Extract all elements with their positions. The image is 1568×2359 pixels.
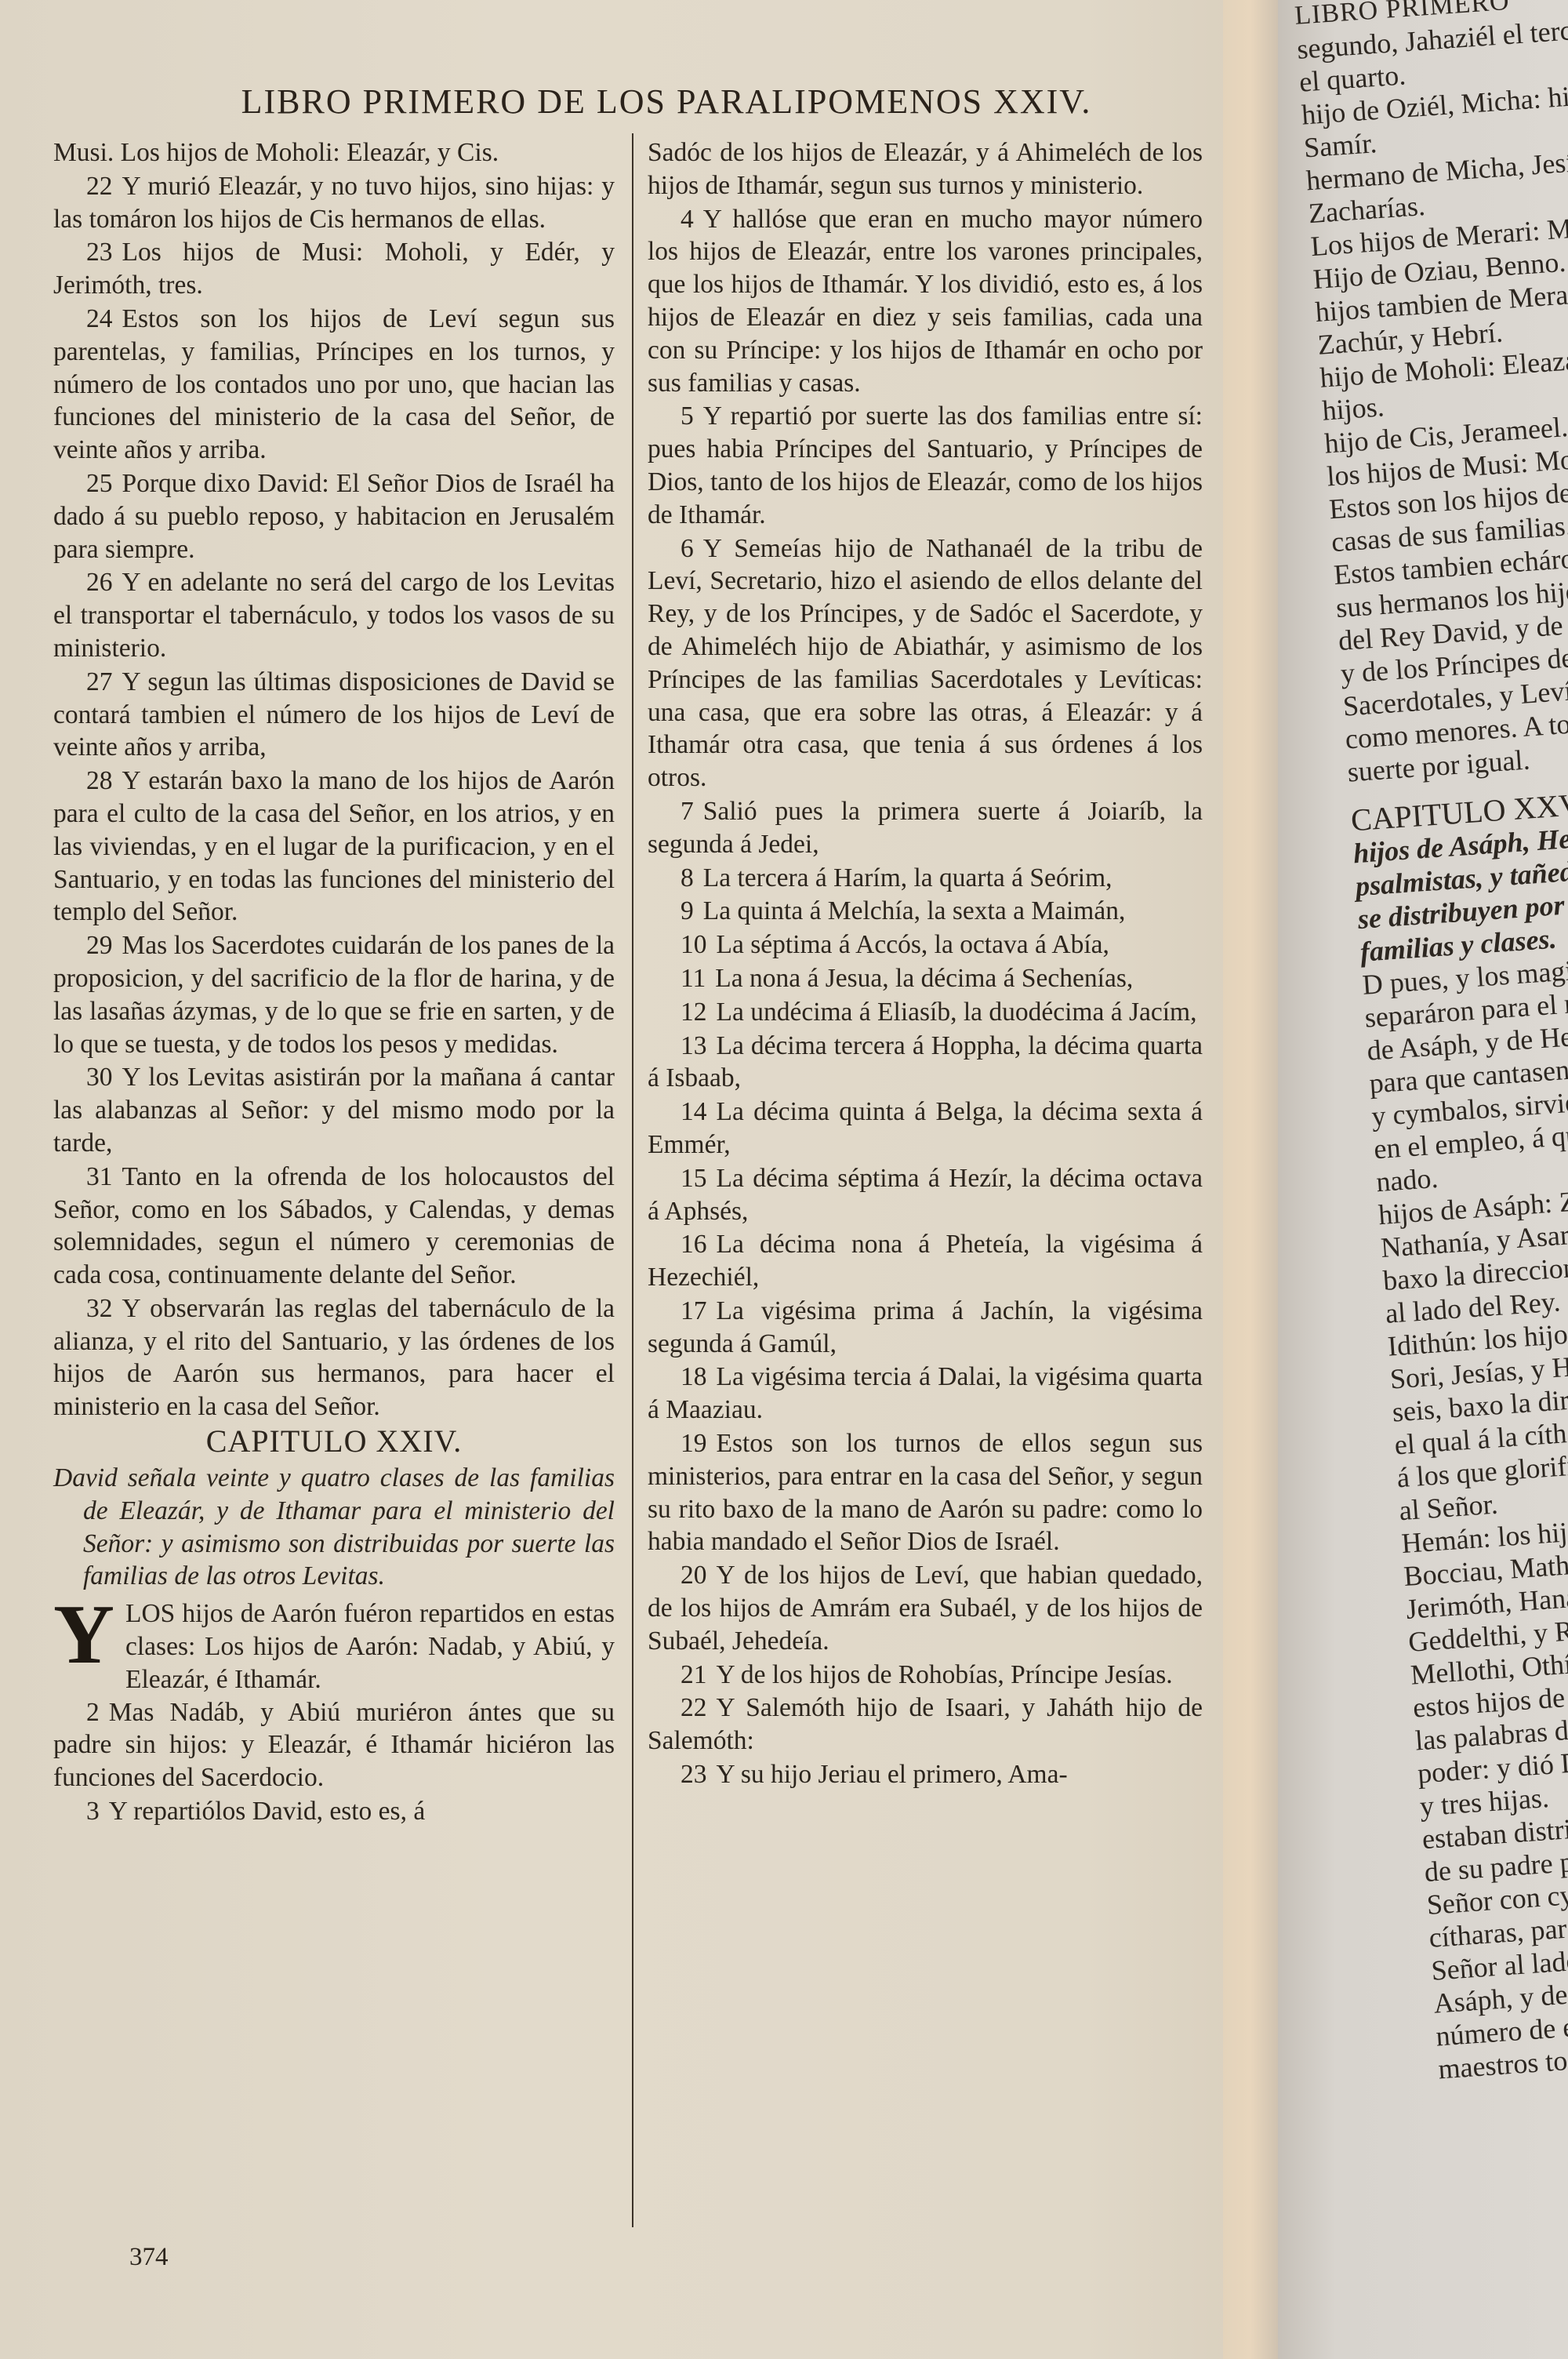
verse-number: 32 [86,1294,113,1323]
column-divider [632,133,633,2227]
verse-text: La décima tercera á Hoppha, la décima qu… [648,1031,1203,1093]
verse: 3Y repartiólos David, esto es, á [53,1795,615,1828]
verse-number: 5 [681,402,694,431]
verse: 27Y segun las últimas disposiciones de D… [53,666,615,764]
verse: 22Y Salemóth hijo de Isaari, y Jaháth hi… [648,1692,1203,1757]
verse-number: 15 [681,1164,707,1193]
verse: 20Y de los hijos de Leví, que habian que… [648,1559,1203,1657]
verse-text: Mas los Sacerdotes cuidarán de los panes… [53,931,615,1058]
verse-number: 8 [681,863,694,892]
verse-number: 20 [681,1561,707,1590]
verse-text: Y hallóse que eran en mucho mayor número… [648,205,1203,398]
verse-text: Y segun las últimas disposiciones de Dav… [53,667,615,762]
verse-number: 14 [681,1097,707,1126]
first-verse: Y LOS hijos de Aarón fuéron repartidos e… [53,1598,615,1696]
verse-text: La quinta á Melchía, la sexta a Maimán, [703,896,1126,925]
verse: 28Y estarán baxo la mano de los hijos de… [53,765,615,929]
verse-number: 19 [681,1429,707,1458]
verse-text: Y Salemóth hijo de Isaari, y Jaháth hijo… [648,1693,1203,1755]
verse-text: Y los Levitas asistirán por la mañana á … [53,1063,615,1158]
verse-number: 12 [681,998,707,1027]
verse-text: Y repartió por suerte las dos familias e… [648,402,1203,529]
verse-number: 26 [86,568,113,597]
verse-continuation: Musi. Los hijos de Moholi: Eleazár, y Ci… [53,136,615,169]
verse-text: La décima nona á Pheteía, la vigésima á … [648,1230,1203,1292]
verse-number: 22 [681,1693,707,1722]
verse-number: 11 [681,964,706,993]
verse: 10La séptima á Accós, la octava á Abía, [648,929,1203,961]
verse-text: Y repartiólos David, esto es, á [109,1797,425,1826]
verse: 25Porque dixo David: El Señor Dios de Is… [53,467,615,565]
verse-number: 7 [681,797,694,826]
verse: 9La quinta á Melchía, la sexta a Maimán, [648,895,1203,928]
verse-number: 24 [86,304,113,333]
verse-text: Porque dixo David: El Señor Dios de Isra… [53,469,615,564]
verse-text: Y Semeías hijo de Nathanaél de la tribu … [648,534,1203,793]
chapter-heading: CAPITULO XXIV. [53,1424,615,1459]
verse-text: La séptima á Accós, la octava á Abía, [717,930,1109,959]
verse: 21Y de los hijos de Rohobías, Príncipe J… [648,1659,1203,1692]
right-column: Sadóc de los hijos de Eleazár, y á Ahime… [648,136,1203,1792]
verse: 15La décima séptima á Hezír, la décima o… [648,1162,1203,1228]
verse: 5Y repartió por suerte las dos familias … [648,400,1203,531]
verse: 26Y en adelante no será del cargo de los… [53,566,615,664]
verse-number: 31 [86,1162,113,1191]
verse-text: Y observarán las reglas del tabernáculo … [53,1294,615,1421]
facing-page: LIBRO PRIMEROsegundo, Jahaziél el tercer… [1278,0,1568,2359]
verse-text: Salió pues la primera suerte á Joiaríb, … [648,797,1203,859]
verse: 19Estos son los turnos de ellos segun su… [648,1427,1203,1558]
verse: 30Y los Levitas asistirán por la mañana … [53,1061,615,1159]
verse-number: 28 [86,766,113,795]
verse-text: La nona á Jesua, la décima á Sechenías, [715,964,1133,993]
verse: 32Y observarán las reglas del tabernácul… [53,1292,615,1423]
verse-text: Y su hijo Jeriau el primero, Ama- [717,1760,1068,1789]
page-gutter [1223,0,1278,2359]
verse-number: 23 [681,1760,707,1789]
verse-text: La undécima á Eliasíb, la duodécima á Ja… [717,998,1197,1027]
verse: 14La décima quinta á Belga, la décima se… [648,1096,1203,1161]
verse-number: 18 [681,1362,707,1391]
verse: 7Salió pues la primera suerte á Joiaríb,… [648,795,1203,861]
verse-number: 22 [86,172,113,201]
verse-number: 27 [86,667,113,696]
verse-number: 13 [681,1031,707,1060]
verse: 8La tercera á Harím, la quarta á Seórim, [648,862,1203,895]
verse-number: 16 [681,1230,707,1259]
verse: 16La décima nona á Pheteía, la vigésima … [648,1228,1203,1294]
verse-number: 17 [681,1296,707,1325]
verse-text: Y estarán baxo la mano de los hijos de A… [53,766,615,926]
verse-number: 30 [86,1063,113,1092]
verse: 31Tanto en la ofrenda de los holocaustos… [53,1161,615,1292]
chapter-summary: David señala veinte y quatro clases de l… [53,1462,615,1593]
verse: 2Mas Nadáb, y Abiú muriéron ántes que su… [53,1696,615,1794]
verse-text: La décima quinta á Belga, la décima sext… [648,1097,1203,1159]
verse: 23Y su hijo Jeriau el primero, Ama- [648,1758,1203,1791]
verse-text: Y en adelante no será del cargo de los L… [53,568,615,663]
verse-number: 9 [681,896,694,925]
verse-number: 4 [681,205,694,234]
verse: 29Mas los Sacerdotes cuidarán de los pan… [53,929,615,1060]
verse: 13La décima tercera á Hoppha, la décima … [648,1030,1203,1096]
verse-text: Los hijos de Musi: Moholi, y Edér, y Jer… [53,238,615,300]
verse: 12La undécima á Eliasíb, la duodécima á … [648,996,1203,1029]
verse: 4Y hallóse que eran en mucho mayor númer… [648,203,1203,400]
verse-text: Mas Nadáb, y Abiú muriéron ántes que su … [53,1698,615,1793]
verse-number: 23 [86,238,113,267]
verse-number: 25 [86,469,113,498]
verse-text: Y de los hijos de Leví, que habian queda… [648,1561,1203,1656]
verse-text: La décima séptima á Hezír, la décima oct… [648,1164,1203,1226]
dropcap-letter: Y [53,1602,114,1668]
verse-text: Estos son los hijos de Leví segun sus pa… [53,304,615,464]
running-head: LIBRO PRIMERO DE LOS PARALIPOMENOS XXIV. [196,82,1137,122]
left-column: Musi. Los hijos de Moholi: Eleazár, y Ci… [53,136,615,1829]
verse: 24Estos son los hijos de Leví segun sus … [53,303,615,467]
verse-text: Musi. Los hijos de Moholi: Eleazár, y Ci… [53,138,499,167]
verse-text: Sadóc de los hijos de Eleazár, y á Ahime… [648,138,1203,200]
verse-number: 3 [86,1797,100,1826]
verse-number: 2 [86,1698,100,1727]
verse: 11La nona á Jesua, la décima á Sechenías… [648,962,1203,995]
verse-continuation: Sadóc de los hijos de Eleazár, y á Ahime… [648,136,1203,202]
verse-text: Y de los hijos de Rohobías, Príncipe Jes… [717,1660,1173,1689]
verse-text: La vigésima tercia á Dalai, la vigésima … [648,1362,1203,1424]
verse: 23Los hijos de Musi: Moholi, y Edér, y J… [53,236,615,302]
verse-text: La vigésima prima á Jachín, la vigésima … [648,1296,1203,1358]
verse-text: Estos son los turnos de ellos segun sus … [648,1429,1203,1556]
verse: 17La vigésima prima á Jachín, la vigésim… [648,1295,1203,1361]
verse-number: 10 [681,930,707,959]
verse-text: Tanto en la ofrenda de los holocaustos d… [53,1162,615,1289]
verse-text: La tercera á Harím, la quarta á Seórim, [703,863,1112,892]
verse: 6Y Semeías hijo de Nathanaél de la tribu… [648,533,1203,794]
verse-number: 21 [681,1660,707,1689]
verse-number: 6 [681,534,694,563]
verse: 22Y murió Eleazár, y no tuvo hijos, sino… [53,170,615,236]
facing-page-text: LIBRO PRIMEROsegundo, Jahaziél el tercer… [1294,0,1568,2086]
verse-number: 29 [86,931,113,960]
verse: 18La vigésima tercia á Dalai, la vigésim… [648,1361,1203,1427]
first-verse-text: LOS hijos de Aarón fuéron repartidos en … [125,1599,615,1694]
page-number: 374 [129,2243,169,2272]
verse-text: Y murió Eleazár, y no tuvo hijos, sino h… [53,172,615,234]
